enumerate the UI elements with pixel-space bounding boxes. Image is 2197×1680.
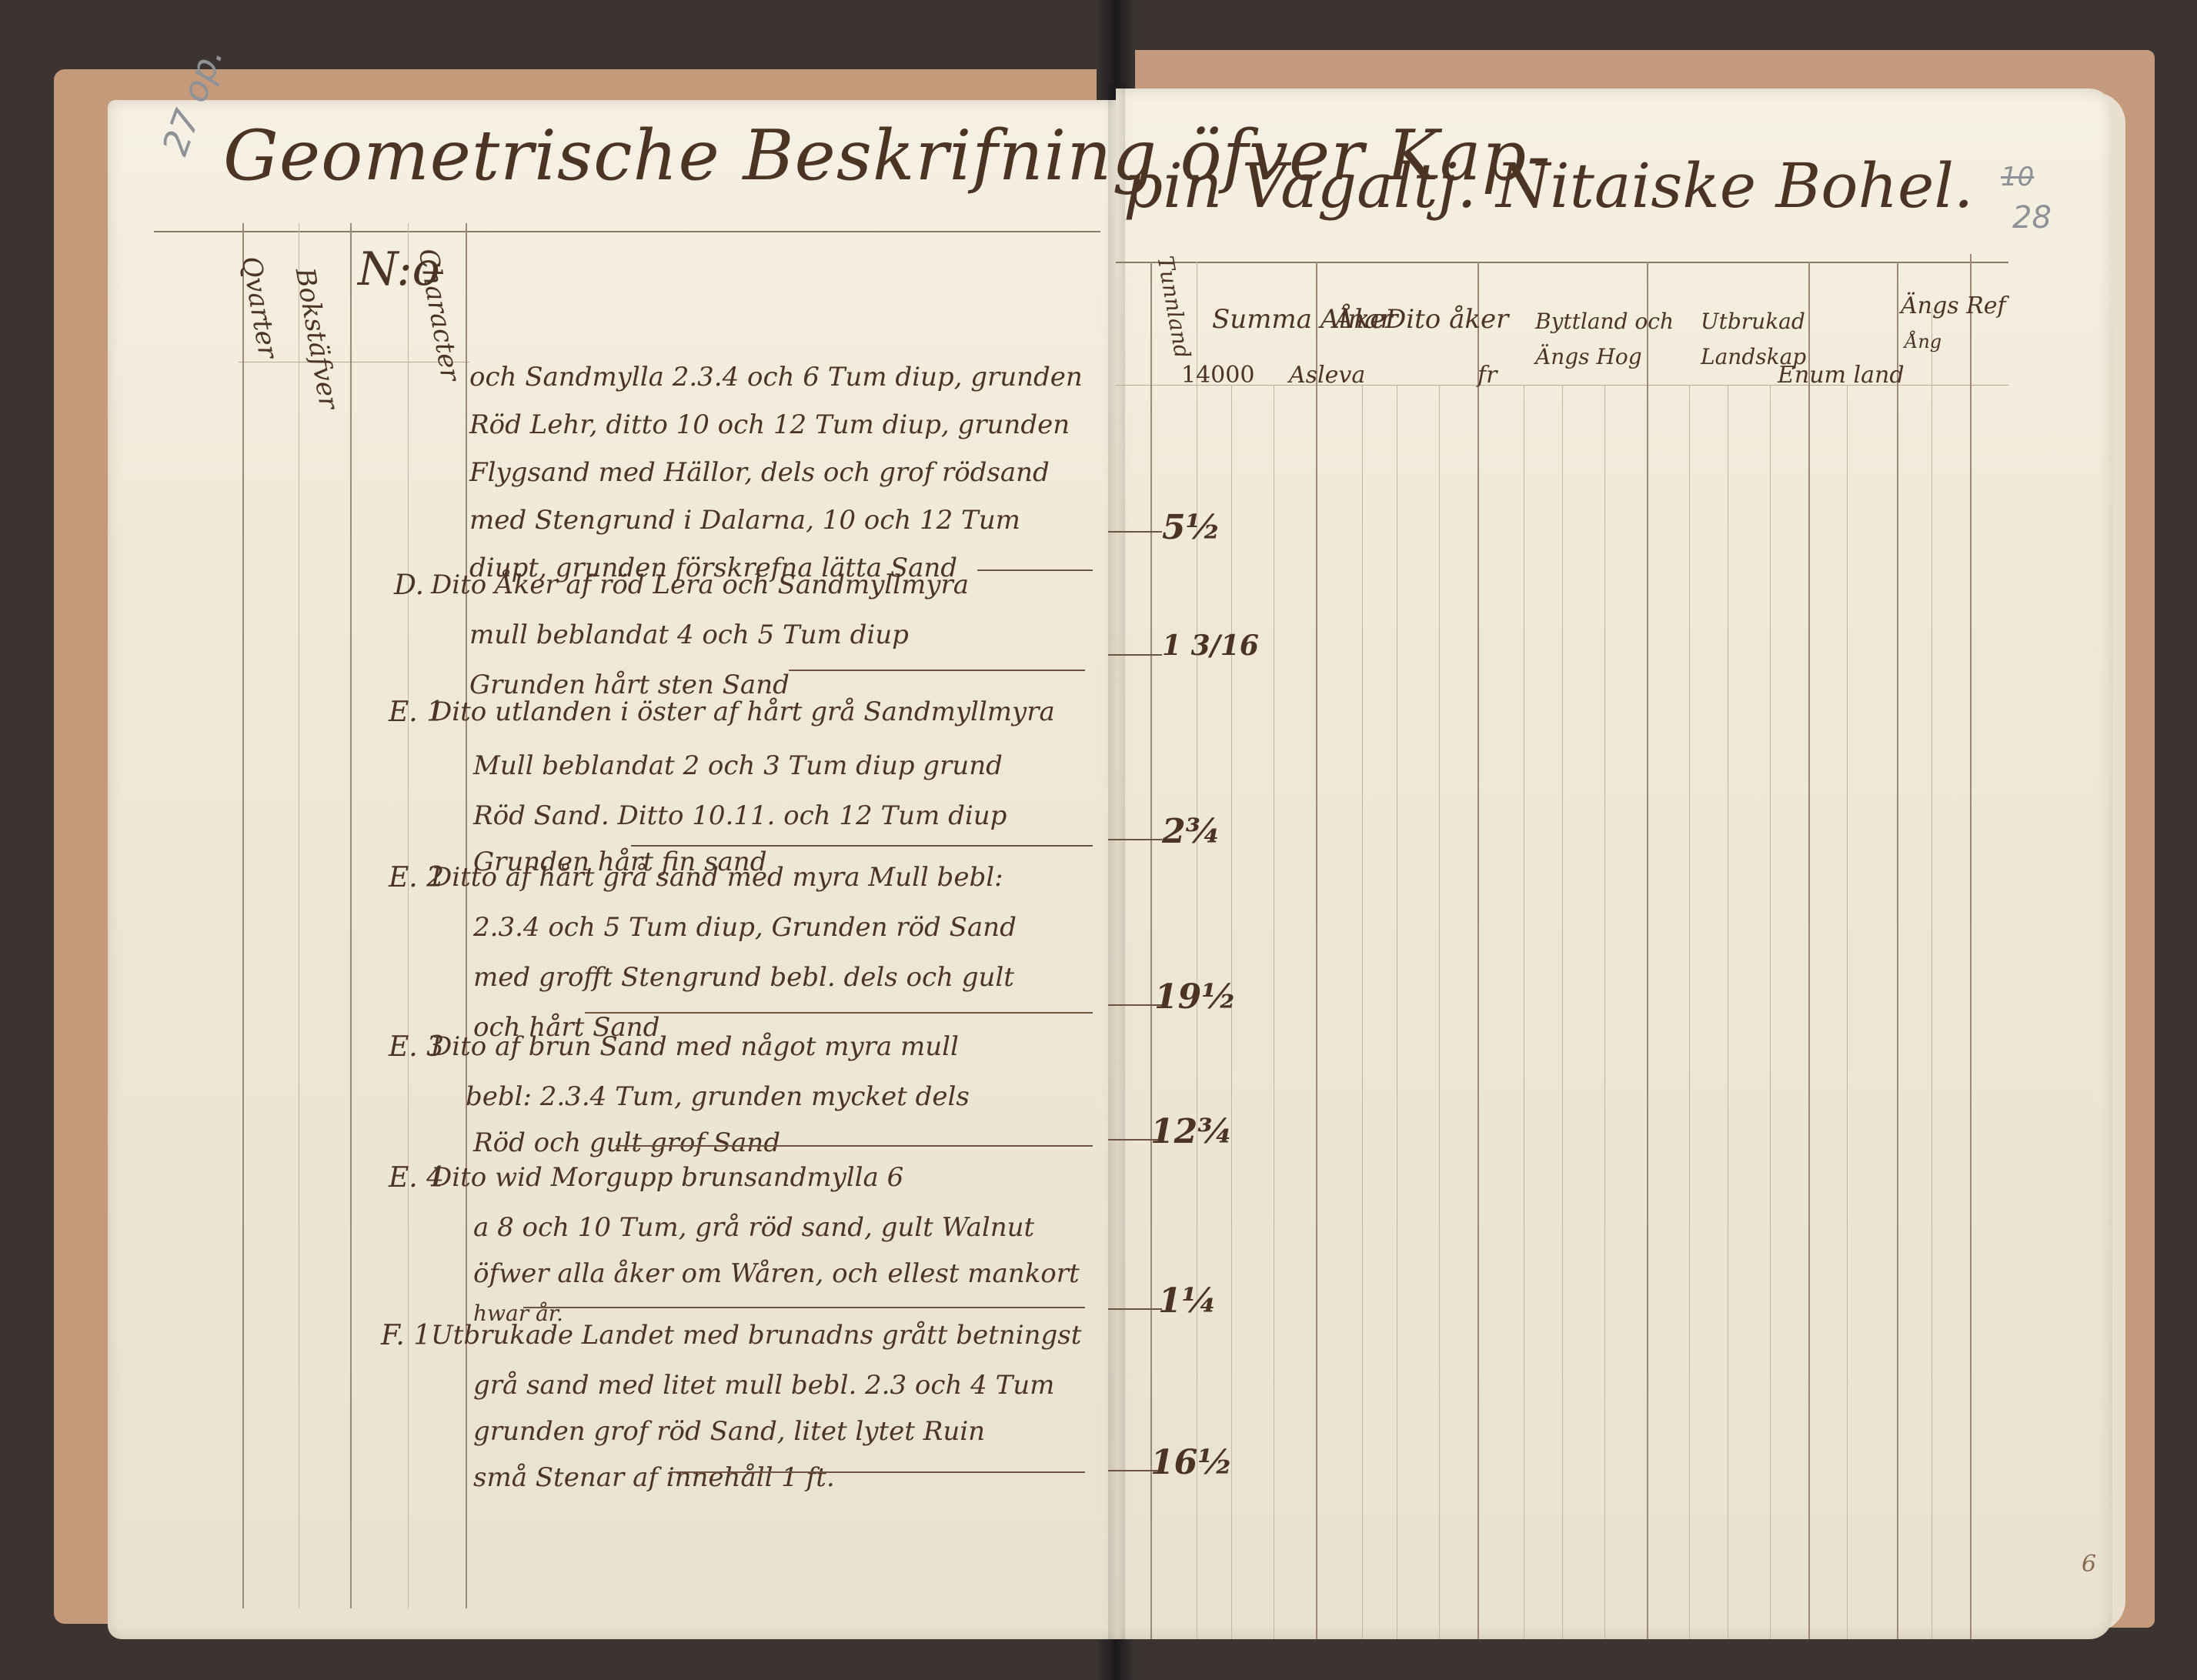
row-tick	[1108, 839, 1162, 840]
column-divider	[242, 223, 244, 1608]
entry-separator	[585, 1012, 1093, 1014]
entry-line: och Sandmylla 2.3.4 och 6 Tum diup, grun…	[469, 362, 1083, 392]
column-divider	[1970, 254, 1972, 1639]
column-divider	[1728, 385, 1728, 1639]
column-divider	[1439, 385, 1440, 1639]
column-header-aker-sub: Asleva	[1289, 362, 1365, 389]
entry-line: Utbrukade Landet med brunadns grått betn…	[431, 1320, 1081, 1351]
column-divider	[1362, 385, 1363, 1639]
column-divider	[1524, 385, 1524, 1639]
entry-label-D: D.	[394, 569, 424, 601]
folio-number: 6	[2082, 1551, 2096, 1578]
column-divider	[466, 223, 467, 1608]
entry-line: Dito utlanden i öster af hårt grå Sandmy…	[431, 696, 1055, 727]
column-header-utbrukad-sub: Enum land	[1778, 362, 1905, 389]
entry-line: Flygsand med Hällor, dels och grof rödsa…	[469, 457, 1050, 488]
entry-line: grunden grof röd Sand, litet lytet Ruin	[473, 1416, 985, 1447]
pencil-folio-right-bottom: 28	[2012, 200, 2052, 235]
value-row-3: 2¾	[1162, 812, 1221, 851]
entry-separator	[523, 1307, 1085, 1308]
entry-line: öfwer alla åker om Wåren, och ellest man…	[473, 1258, 1080, 1289]
row-tick	[1108, 654, 1162, 656]
column-divider	[1150, 262, 1152, 1639]
entry-line: Röd och gult grof Sand	[473, 1127, 780, 1158]
column-divider	[1604, 385, 1605, 1639]
entry-label-F1: F. 1	[381, 1320, 431, 1351]
entry-line: med grofft Stengrund bebl. dels och gult	[473, 962, 1014, 993]
column-divider	[1477, 262, 1479, 1639]
entry-line: Röd Lehr, ditto 10 och 12 Tum diup, grun…	[469, 409, 1070, 440]
entry-line: a 8 och 10 Tum, grå röd sand, gult Walnu…	[473, 1212, 1034, 1243]
column-divider	[1647, 262, 1648, 1639]
row-tick	[1108, 1308, 1162, 1310]
column-divider	[1316, 262, 1317, 1639]
column-header-angs-ref: Ängs Ref	[1901, 292, 2006, 319]
column-divider	[1689, 385, 1690, 1639]
entry-line: Dito af brun Sand med något myra mull	[431, 1031, 959, 1062]
column-divider	[408, 223, 409, 1608]
value-row-2: 1 3/16	[1162, 630, 1259, 662]
column-header-dito-sub: fr	[1477, 362, 1497, 389]
entry-line: med Stengrund i Dalarna, 10 och 12 Tum	[469, 505, 1020, 536]
entry-line: mull beblandat 4 och 5 Tum diup	[469, 620, 909, 650]
entry-line: Röd Sand. Ditto 10.11. och 12 Tum diup	[473, 800, 1007, 831]
column-divider	[299, 223, 299, 1608]
value-row-4: 19½	[1154, 977, 1237, 1017]
column-divider	[1808, 262, 1810, 1639]
column-header-angs-sub: Ång	[1905, 331, 1942, 352]
entry-separator	[977, 569, 1093, 571]
header-rule-left	[154, 231, 1100, 232]
column-divider	[350, 223, 352, 1608]
row-tick	[1108, 531, 1162, 533]
entry-separator	[616, 1145, 1093, 1147]
entry-line: 2.3.4 och 5 Tum diup, Grunden röd Sand	[473, 912, 1017, 943]
header-rule-right	[1116, 262, 2008, 263]
entry-separator	[669, 1471, 1085, 1473]
pencil-folio-right-top: 10	[2001, 162, 2034, 192]
entry-line: Mull beblandat 2 och 3 Tum diup grund	[473, 750, 1003, 781]
column-divider	[1197, 262, 1197, 1639]
value-row-7: 16½	[1150, 1443, 1233, 1482]
column-divider	[1397, 385, 1397, 1639]
entry-line: små Stenar af innehåll 1 ft.	[473, 1462, 835, 1493]
column-divider	[1274, 385, 1274, 1639]
entry-line: Grunden hårt sten Sand	[469, 670, 790, 700]
column-divider	[1847, 385, 1848, 1639]
column-header-summa-sub: 14000	[1181, 362, 1254, 389]
value-row-5: 12¾	[1150, 1112, 1233, 1151]
column-divider	[1562, 385, 1563, 1639]
entry-line: Ditto af hårt grå sand med myra Mull beb…	[431, 862, 1003, 893]
value-row-1: 5½	[1162, 508, 1221, 547]
column-header-dito-aker: Dito åker	[1385, 304, 1508, 335]
value-row-6: 1¼	[1158, 1281, 1217, 1321]
page-title-right: pin Vagaltj. Nitaiske Bohel.	[1124, 150, 1973, 222]
column-divider	[1932, 308, 1932, 1639]
column-divider	[1897, 262, 1898, 1639]
entry-line: Dito wid Morgupp brunsandmylla 6	[431, 1162, 903, 1193]
entry-line: bebl: 2.3.4 Tum, grunden mycket dels	[466, 1081, 970, 1112]
entry-line: grå sand med litet mull bebl. 2.3 och 4 …	[473, 1370, 1054, 1401]
entry-line: Dito Åker af röd Lera och Sandmyllmyra	[431, 569, 969, 600]
column-divider	[1770, 385, 1771, 1639]
entry-separator	[631, 845, 1093, 847]
entry-separator	[789, 670, 1085, 671]
page-gutter	[1108, 85, 1125, 1639]
column-header-byttland: Byttland och Ängs Hog	[1535, 304, 1705, 375]
